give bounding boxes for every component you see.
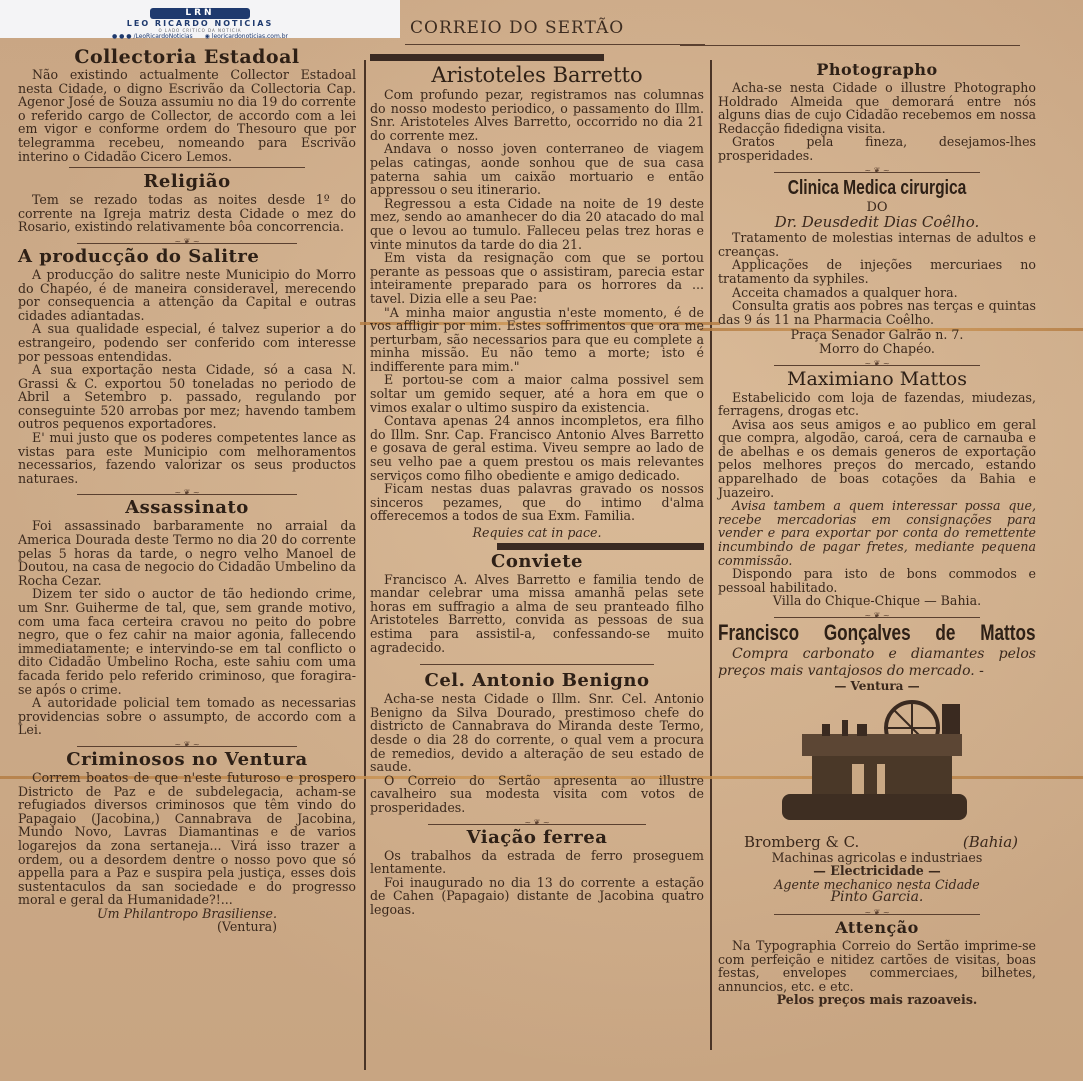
ornament-divider: [77, 237, 297, 244]
photographo-title: Photographo: [718, 60, 1036, 80]
barretto-paragraph: Com profundo pezar, registramos nas colu…: [370, 88, 704, 142]
convite-title: Conviete: [370, 552, 704, 572]
website-link: ◉ leoricardonoticias.com.br: [205, 33, 288, 41]
maximiano-paragraph: Avisa aos seus amigos e ao publico em ge…: [718, 418, 1036, 500]
goncalves-title: Francisco Gonçalves de Mattos: [718, 621, 1036, 645]
bromberg-line4: Pinto Garcia.: [718, 891, 1036, 905]
middle-column: Aristoteles Barretto Com profundo pezar,…: [370, 52, 704, 916]
salitre-paragraph: E' mui justo que os poderes competentes …: [18, 431, 356, 485]
ornament-divider: [428, 818, 645, 825]
viacao-paragraph: Foi inaugurado no dia 13 do corrente a e…: [370, 876, 704, 917]
maximiano-place: Villa do Chique-Chique — Bahia.: [718, 594, 1036, 608]
photographo-paragraph: Acha-se nesta Cidade o illustre Photogra…: [718, 81, 1036, 135]
barretto-title: Aristoteles Barretto: [370, 63, 704, 87]
ornament-divider: [77, 740, 297, 747]
clinica-city: Morro do Chapéo.: [718, 342, 1036, 356]
right-column: Photographo Acha-se nesta Cidade o illus…: [718, 58, 1036, 1007]
clinica-title-text: Clinica Medica cirurgica: [753, 176, 1001, 200]
assassinato-title: Assassinato: [18, 498, 356, 518]
black-banner: [497, 543, 704, 550]
clinica-paragraph: Acceita chamados a qualquer hora.: [718, 286, 1036, 300]
clinica-paragraph: Consulta gratis aos pobres nas terças e …: [718, 299, 1036, 326]
column-divider-right: [710, 60, 712, 1050]
barretto-paragraph: Em vista da resignação com que se portou…: [370, 251, 704, 305]
clinica-paragraph: Applicações de injeções mercuriaes no tr…: [718, 258, 1036, 285]
salitre-title: A producção do Salitre: [18, 247, 356, 267]
newspaper-masthead: CORREIO DO SERTÃO: [410, 18, 624, 38]
convite-body: Francisco A. Alves Barretto e familia te…: [370, 573, 704, 655]
clinica-paragraph: Tratamento de molestias internas de adul…: [718, 231, 1036, 258]
bromberg-name: Bromberg & C.: [744, 834, 859, 851]
goncalves-title-text: Francisco Gonçalves de Mattos: [718, 621, 1035, 645]
maximiano-title: Maximiano Mattos: [718, 369, 1036, 390]
photographo-paragraph: Gratos pela fineza, desejamos-lhes prosp…: [718, 135, 1036, 162]
assassinato-paragraph: Dizem ter sido o auctor de tão hediondo …: [18, 587, 356, 696]
collectoria-body: Não existindo actualmente Collector Esta…: [18, 68, 356, 163]
maximiano-paragraph: Estabelicido com loja de fazendas, miude…: [718, 391, 1036, 418]
attencao-title: Attenção: [718, 918, 1036, 938]
religiao-title: Religião: [18, 172, 356, 192]
social-handle: /LeoRicardoNoticias: [133, 33, 192, 40]
maximiano-italic: Avisa tambem a quem interessar possa que…: [718, 499, 1036, 567]
newspaper-page: LRN LEO RICARDO NOTICIAS O LADO CRITICO …: [0, 0, 1083, 1081]
black-banner: [370, 54, 604, 61]
bromberg-city: (Bahia): [963, 834, 1018, 851]
salitre-paragraph: A producção do salitre neste Municipio d…: [18, 268, 356, 322]
criminosos-title: Criminosos no Ventura: [18, 750, 356, 770]
left-column: Collectoria Estadoal Não existindo actua…: [18, 45, 356, 934]
ornament-divider: [774, 908, 981, 915]
steam-engine-illustration: [782, 698, 972, 828]
attencao-closing: Pelos preços mais razoaveis.: [718, 993, 1036, 1007]
barretto-closing: Requies cat in pace.: [370, 526, 704, 540]
goncalves-body: Compra carbonato e diamantes pelos preço…: [718, 646, 1036, 680]
benigno-paragraph: O Correio do Sertão apresenta ao illustr…: [370, 774, 704, 815]
barretto-paragraph: Contava apenas 24 annos incompletos, era…: [370, 414, 704, 482]
ornament-divider: [77, 488, 297, 495]
criminosos-signature: Um Philantropo Brasiliense.: [18, 907, 356, 921]
viacao-title: Viação ferrea: [370, 828, 704, 848]
masthead-rule: [405, 44, 705, 45]
viacao-paragraph: Os trabalhos da estrada de ferro prosegu…: [370, 849, 704, 876]
barretto-paragraph: Andava o nosso joven conterraneo de viag…: [370, 142, 704, 196]
ornament-divider: [774, 359, 981, 366]
goncalves-place: — Ventura —: [718, 680, 1036, 694]
assassinato-paragraph: A autoridade policial tem tomado as nece…: [18, 696, 356, 737]
website-text: leoricardonoticias.com.br: [212, 33, 288, 40]
column-divider-left: [364, 60, 366, 1070]
salitre-paragraph: A sua qualidade especial, é talvez super…: [18, 322, 356, 363]
steam-engine-icon: [782, 698, 972, 828]
watermark-banner: LRN LEO RICARDO NOTICIAS O LADO CRITICO …: [0, 0, 400, 38]
clinica-do: DO: [718, 201, 1036, 215]
barretto-paragraph: "A minha maior angustia n'este momento, …: [370, 306, 704, 374]
assassinato-paragraph: Foi assassinado barbaramente no arraial …: [18, 519, 356, 587]
salitre-paragraph: A sua exportação nesta Cidade, só a casa…: [18, 363, 356, 431]
clinica-address: Praça Senador Galrão n. 7.: [718, 328, 1036, 342]
section-rule: [69, 167, 306, 168]
watermark-social: ● ● ● /LeoRicardoNoticias ◉ leoricardono…: [0, 33, 400, 41]
clinica-title: Clinica Medica cirurgica: [718, 176, 1036, 200]
watermark-brand: LEO RICARDO NOTICIAS: [0, 19, 400, 28]
bromberg-line1: Machinas agricolas e industriaes: [718, 851, 1036, 865]
lrn-logo: LRN: [150, 8, 250, 19]
religiao-body: Tem se rezado todas as noites desde 1º d…: [18, 193, 356, 234]
maximiano-extra: Dispondo para isto de bons commodos e pe…: [718, 567, 1036, 594]
bromberg-line2: — Electricidade —: [718, 864, 1036, 878]
barretto-paragraph: Regressou a esta Cidade na noite de 19 d…: [370, 197, 704, 251]
social-icons: ● ● ● /LeoRicardoNoticias: [112, 33, 193, 41]
masthead-rule-right: [680, 45, 1020, 46]
ornament-divider: [774, 611, 981, 618]
collectoria-title: Collectoria Estadoal: [18, 47, 356, 67]
ornament-divider: [774, 166, 981, 173]
attencao-body: Na Typographia Correio do Sertão imprime…: [718, 939, 1036, 993]
section-rule: [420, 664, 654, 665]
criminosos-body: Correm boatos de que n'este futuroso e p…: [18, 771, 356, 907]
barretto-paragraph: E portou-se com a maior calma possivel s…: [370, 373, 704, 414]
clinica-doctor: Dr. Deusdedit Dias Coêlho.: [718, 214, 1036, 231]
criminosos-place: (Ventura): [18, 920, 356, 934]
bromberg-header: Bromberg & C. (Bahia): [718, 834, 1036, 851]
benigno-paragraph: Acha-se nesta Cidade o Illm. Snr. Cel. A…: [370, 692, 704, 774]
barretto-paragraph: Ficam nestas duas palavras gravado os no…: [370, 482, 704, 523]
benigno-title: Cel. Antonio Benigno: [370, 671, 704, 691]
